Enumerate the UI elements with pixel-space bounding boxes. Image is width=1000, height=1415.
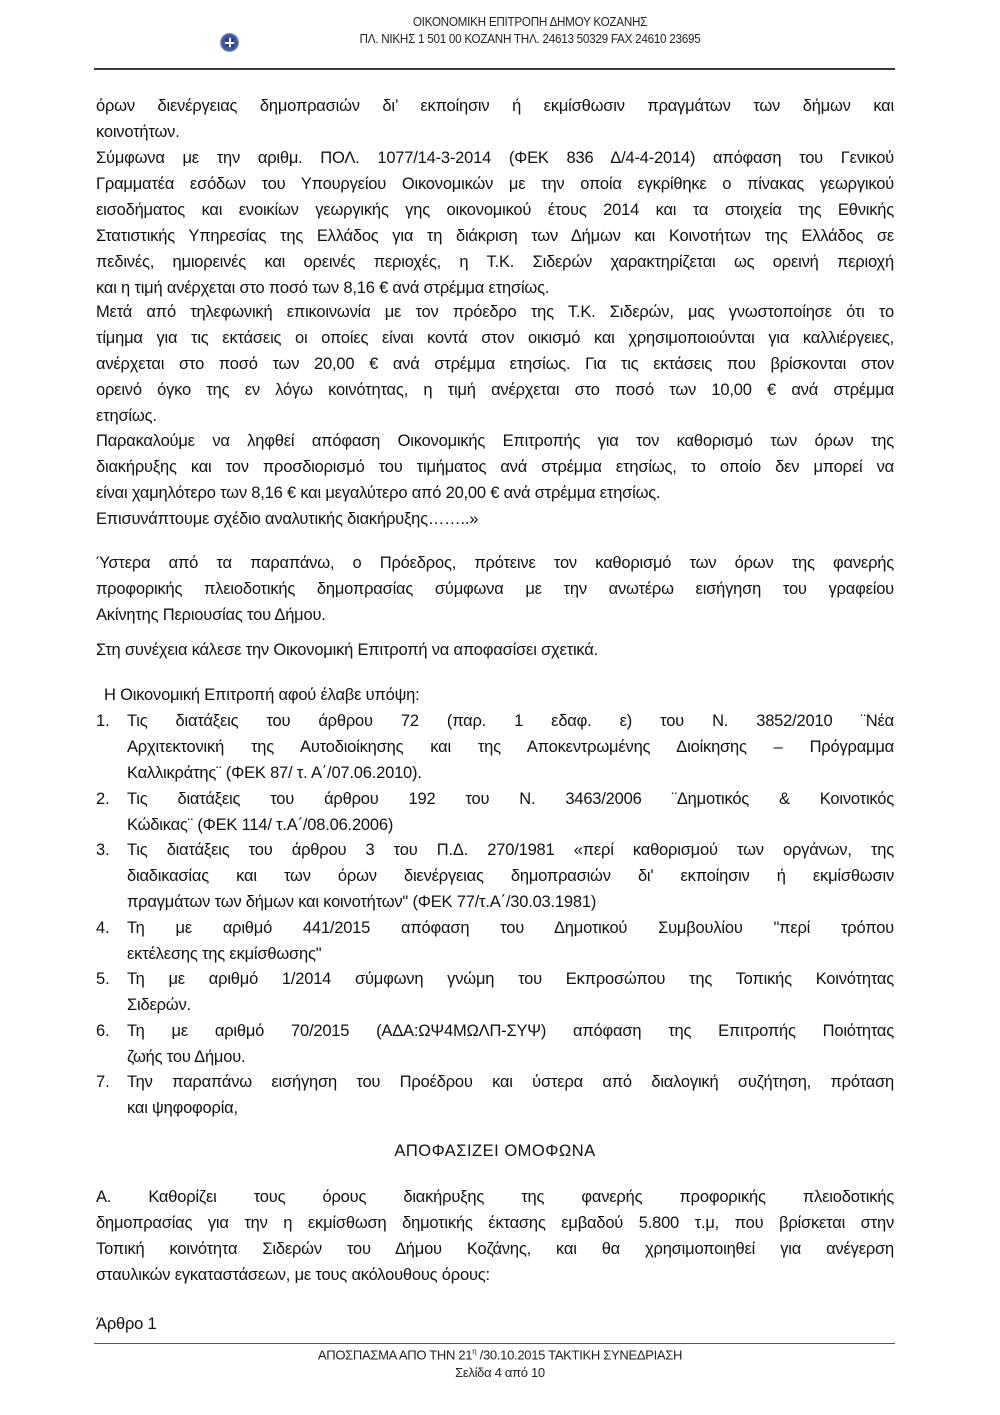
list-item-line: Τις διατάξεις του άρθρου 3 του Π.Δ. 270/… (127, 840, 894, 862)
text-line: όρων διενέργειας δημοπρασιών δι’ εκποίησ… (96, 96, 894, 118)
text-line: Στη συνέχεια κάλεσε την Οικονομική Επιτρ… (96, 640, 894, 662)
text-line: εισοδήματος και ενοικίων γεωργικής γης ο… (96, 200, 894, 222)
text-line: και η τιμή ανέρχεται στο ποσό των 8,16 €… (96, 278, 894, 300)
list-item-line: πραγμάτων των δήμων και κοινοτήτων" (ΦΕΚ… (127, 892, 894, 914)
list-number: 4. (96, 918, 110, 938)
list-item-line: Τη με αριθμό 1/2014 σύμφωνη γνώμη του Εκ… (127, 969, 894, 991)
text-line: Μετά από τηλεφωνική επικοινωνία με τον π… (96, 302, 894, 324)
page-number: Σελίδα 4 από 10 (0, 1365, 1000, 1380)
text-line: Ακίνητης Περιουσίας του Δήμου. (96, 605, 894, 627)
list-number: 3. (96, 840, 110, 860)
header-divider (94, 68, 895, 70)
list-item-line: Κώδικας¨ (ΦΕΚ 114/ τ.Α΄/08.06.2006) (127, 815, 894, 837)
text-line: δημοπρασίας για την η εκμίσθωση δημοτική… (96, 1213, 894, 1235)
article-heading: Άρθρο 1 (96, 1314, 894, 1336)
list-item-line: Τη με αριθμό 70/2015 (ΑΔΑ:ΩΨ4ΜΩΛΠ-ΣΥΨ) α… (127, 1021, 894, 1043)
list-item-line: Αρχιτεκτονική της Αυτοδιοίκησης και της … (127, 737, 894, 759)
text-line: Επισυνάπτουμε σχέδιο αναλυτικής διακήρυξ… (96, 509, 894, 531)
list-item-line: εκτέλεσης της εκμίσθωσης" (127, 944, 894, 966)
list-item-line: Τις διατάξεις του άρθρου 72 (παρ. 1 εδαφ… (127, 711, 894, 733)
text-line: Α. Καθορίζει τους όρους διακήρυξης της φ… (96, 1187, 894, 1209)
header-address: ΠΛ. ΝΙΚΗΣ 1 501 00 ΚΟΖΑΝΗ ΤΗΛ. 24613 503… (80, 31, 980, 46)
list-number: 5. (96, 969, 110, 989)
text-line: σταυλικών εγκαταστάσεων, με τους ακόλουθ… (96, 1265, 894, 1287)
list-item-line: διαδικασίας και των όρων διενέργειας δημ… (127, 866, 894, 888)
text-line: Στατιστικής Υπηρεσίας της Ελλάδος για τη… (96, 226, 894, 248)
text-line: ετησίως. (96, 406, 894, 428)
footer-extract-prefix: ΑΠΟΣΠΑΣΜΑ ΑΠΟ ΤΗΝ 21 (318, 1347, 472, 1362)
list-item-line: Καλλικράτης¨ (ΦΕΚ 87/ τ. Α΄/07.06.2010). (127, 763, 894, 785)
text-line: κοινοτήτων. (96, 122, 894, 144)
considering-intro: Η Οικονομική Επιτροπή αφού έλαβε υπόψη: (104, 685, 902, 707)
text-line: πεδινές, ημιορεινές και ορεινές περιοχές… (96, 252, 894, 274)
text-line: ανέρχεται στο ποσό των 20,00 € ανά στρέμ… (96, 354, 894, 376)
list-number: 6. (96, 1021, 110, 1041)
text-line: Τοπική κοινότητα Σιδερών του Δήμου Κοζάν… (96, 1239, 894, 1261)
list-item-line: και ψηφοφορία, (127, 1098, 894, 1120)
decision-heading: ΑΠΟΦΑΣΙΖΕΙ ΟΜΟΦΩΝΑ (96, 1141, 894, 1163)
footer-divider (94, 1343, 895, 1344)
text-line: Σύμφωνα με την αριθμ. ΠΟΛ. 1077/14-3-201… (96, 148, 894, 170)
text-line: διακήρυξης και τον προσδιορισμό του τιμή… (96, 457, 894, 479)
list-item-line: Σιδερών. (127, 995, 894, 1017)
footer-extract: ΑΠΟΣΠΑΣΜΑ ΑΠΟ ΤΗΝ 21η /30.10.2015 ΤΑΚΤΙΚ… (0, 1347, 1000, 1362)
list-item-line: Την παραπάνω εισήγηση του Προέδρου και ύ… (127, 1072, 894, 1094)
list-item-line: ζωής του Δήμου. (127, 1047, 894, 1069)
footer-extract-suffix: /30.10.2015 ΤΑΚΤΙΚΗ ΣΥΝΕΔΡΙΑΣΗ (476, 1347, 682, 1362)
list-number: 2. (96, 789, 110, 809)
list-item-line: Τις διατάξεις του άρθρου 192 του Ν. 3463… (127, 789, 894, 811)
list-number: 7. (96, 1072, 110, 1092)
document-page: ΟΙΚΟΝΟΜΙΚΗ ΕΠΙΤΡΟΠΗ ΔΗΜΟΥ ΚΟΖΑΝΗΣ ΠΛ. ΝΙ… (0, 0, 1000, 1415)
text-line: Γραμματέα εσόδων του Υπουργείου Οικονομι… (96, 174, 894, 196)
list-item-line: Τη με αριθμό 441/2015 απόφαση του Δημοτι… (127, 918, 894, 940)
text-line: τίμημα για τις εκτάσεις οι οποίες είναι … (96, 328, 894, 350)
text-line: ορεινό όγκο της εν λόγω κοινότητας, η τι… (96, 380, 894, 402)
text-line: Παρακαλούμε να ληφθεί απόφαση Οικονομική… (96, 431, 894, 453)
text-line: είναι χαμηλότερο των 8,16 € και μεγαλύτε… (96, 483, 894, 505)
list-number: 1. (96, 711, 110, 731)
text-line: προφορικής πλειοδοτικής δημοπρασίας σύμφ… (96, 579, 894, 601)
text-line: Ύστερα από τα παραπάνω, ο Πρόεδρος, πρότ… (96, 553, 894, 575)
header-title: ΟΙΚΟΝΟΜΙΚΗ ΕΠΙΤΡΟΠΗ ΔΗΜΟΥ ΚΟΖΑΝΗΣ (80, 14, 980, 29)
